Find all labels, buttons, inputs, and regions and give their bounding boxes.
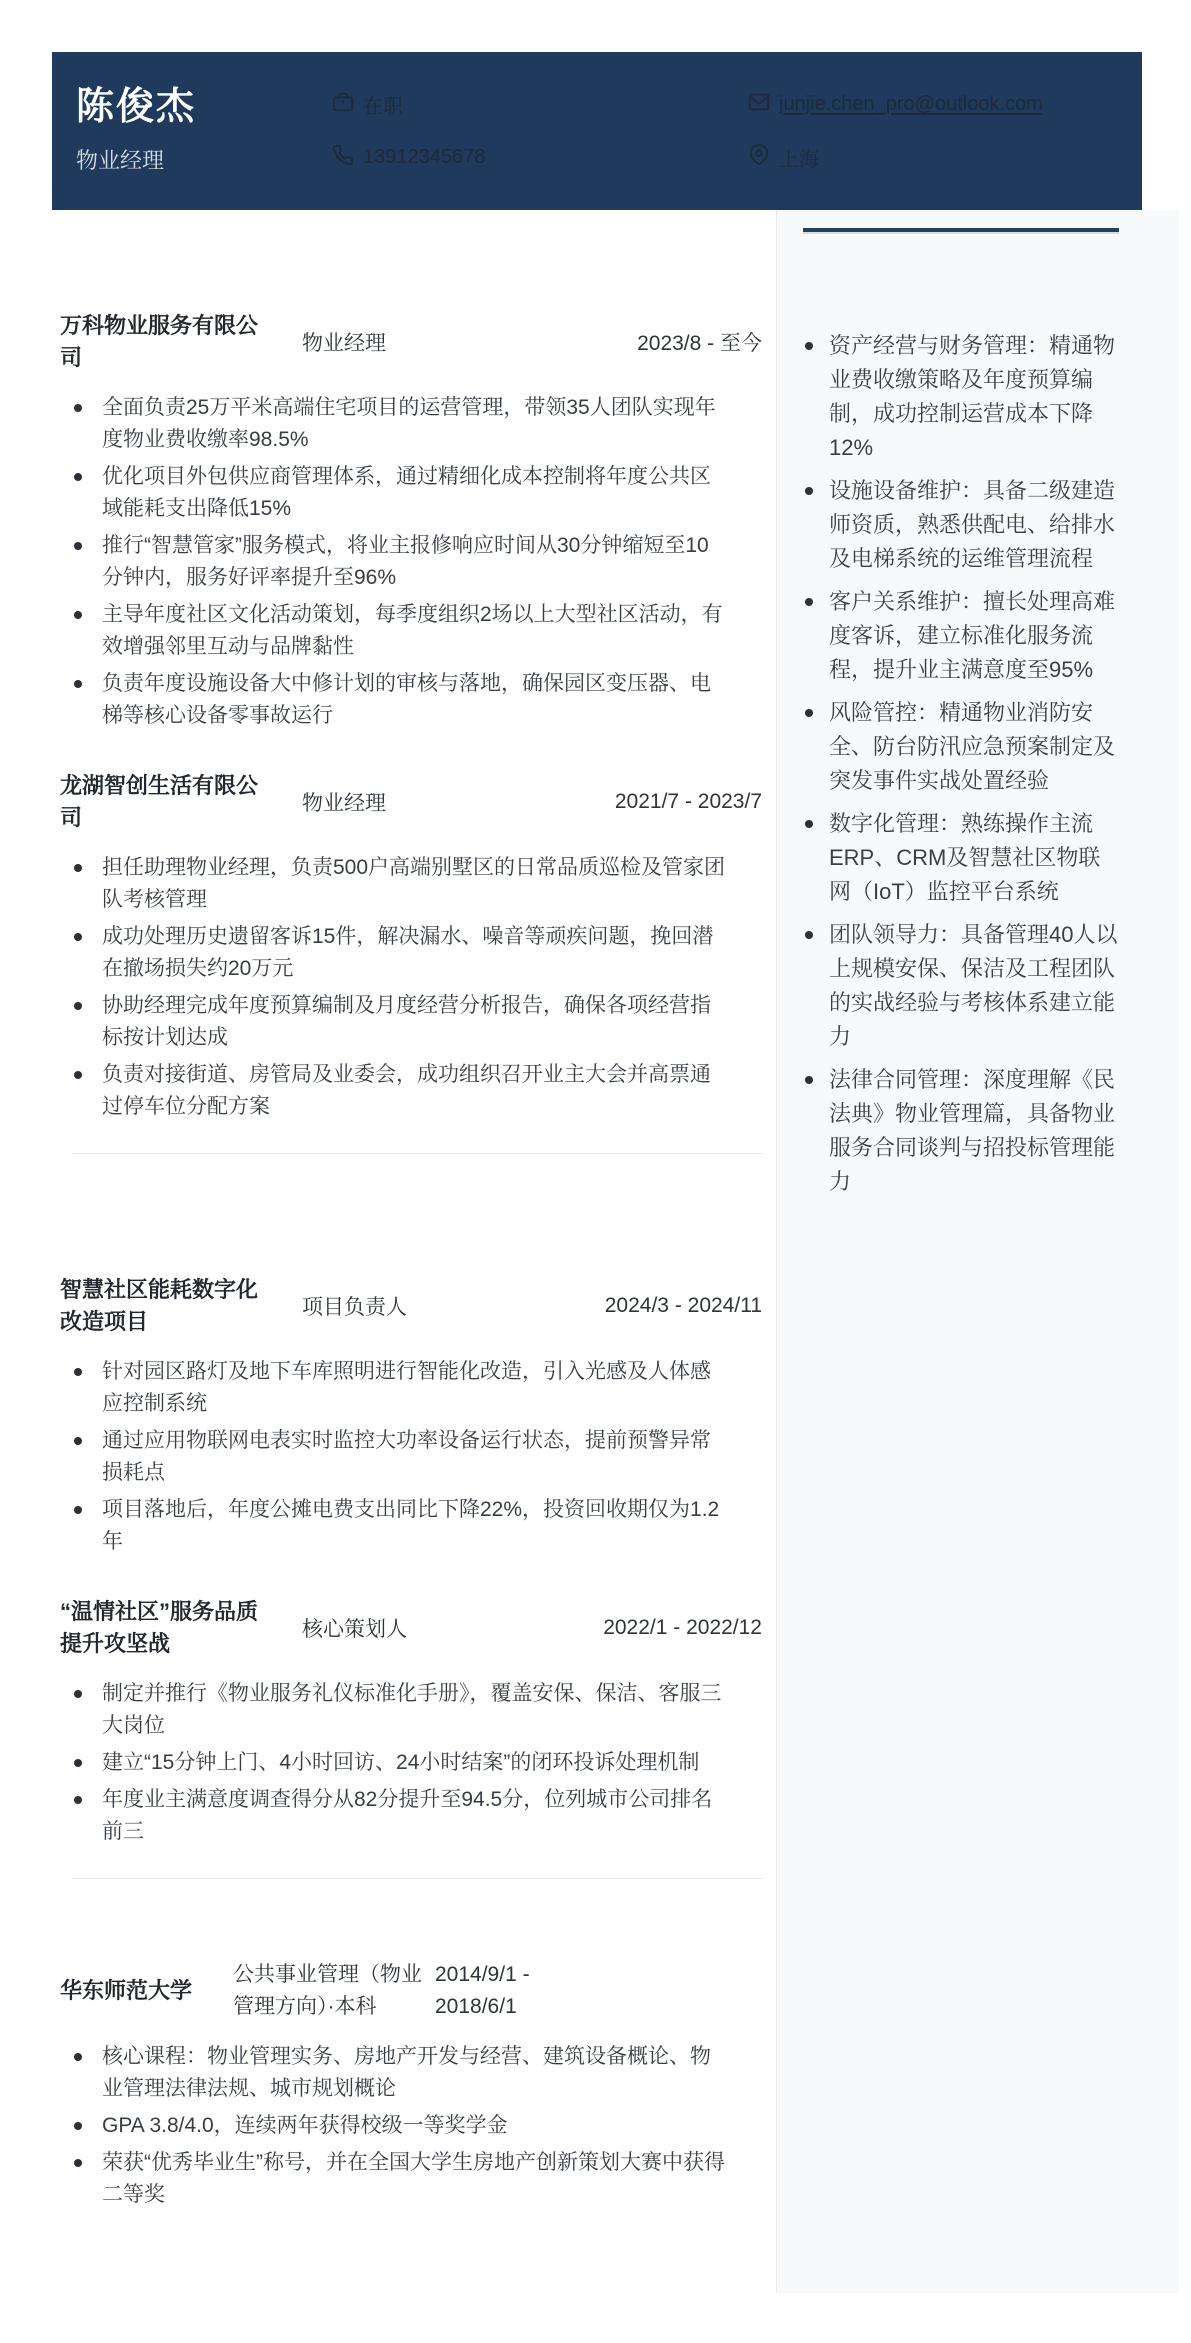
company-name: 龙湖智创生活有限公司 — [60, 770, 260, 834]
major-degree: 公共事业管理（物业管理方向）·本科 — [233, 1959, 423, 2023]
entry-header: “温情社区”服务品质提升攻坚战 核心策划人 2022/1 - 2022/12 — [60, 1596, 762, 1660]
bullet-item: 针对园区路灯及地下车库照明进行智能化改造，引入光感及人体感应控制系统 — [60, 1356, 762, 1420]
skill-item: 团队领导力：具备管理40人以上规模安保、保洁及工程团队的实战经验与考核体系建立能… — [803, 918, 1119, 1054]
location-item: 上海 — [748, 143, 1118, 172]
bullet-item: 负责年度设施设备大中修计划的审核与落地，确保园区变压器、电梯等核心设备零事故运行 — [60, 668, 762, 732]
bullet-list: 制定并推行《物业服务礼仪标准化手册》，覆盖安保、保洁、客服三大岗位 建立“15分… — [60, 1678, 762, 1848]
experience-entry: 龙湖智创生活有限公司 物业经理 2021/7 - 2023/7 担任助理物业经理… — [60, 770, 762, 1123]
bullet-item: 成功处理历史遗留客诉15件，解决漏水、噪音等顽疾问题，挽回潜在撤场损失约20万元 — [60, 921, 762, 985]
bullet-item: 核心课程：物业管理实务、房地产开发与经营、建筑设备概论、物业管理法律法规、城市规… — [60, 2041, 762, 2105]
entry-header: 龙湖智创生活有限公司 物业经理 2021/7 - 2023/7 — [60, 770, 762, 834]
date-range: 2023/8 - 至今 — [637, 327, 762, 357]
school-name: 华东师范大学 — [60, 1975, 233, 2007]
job-title: 物业经理 — [302, 327, 386, 357]
entry-header: 万科物业服务有限公司 物业经理 2023/8 - 至今 — [60, 310, 762, 374]
skill-item: 法律合同管理：深度理解《民法典》物业管理篇，具备物业服务合同谈判与招投标管理能力 — [803, 1063, 1119, 1199]
bullet-item: 全面负责25万平米高端住宅项目的运营管理，带领35人团队实现年度物业费收缴率98… — [60, 392, 762, 456]
candidate-title: 物业经理 — [76, 144, 332, 175]
date-range: 2024/3 - 2024/11 — [605, 1294, 762, 1318]
projects-section: 智慧社区能耗数字化改造项目 项目负责人 2024/3 - 2024/11 针对园… — [60, 1274, 762, 1848]
bullet-item: 优化项目外包供应商管理体系，通过精细化成本控制将年度公共区域能耗支出降低15% — [60, 461, 762, 525]
project-entry: “温情社区”服务品质提升攻坚战 核心策划人 2022/1 - 2022/12 制… — [60, 1596, 762, 1848]
skill-item: 设施设备维护：具备二级建造师资质，熟悉供配电、给排水及电梯系统的运维管理流程 — [803, 474, 1119, 576]
skill-item: 客户关系维护：擅长处理高难度客诉，建立标准化服务流程，提升业主满意度至95% — [803, 585, 1119, 687]
bullet-item: 主导年度社区文化活动策划，每季度组织2场以上大型社区活动，有效增强邻里互动与品牌… — [60, 599, 762, 663]
bullet-item: 推行“智慧管家”服务模式，将业主报修响应时间从30分钟缩短至10分钟内，服务好评… — [60, 530, 762, 594]
main-content: 万科物业服务有限公司 物业经理 2023/8 - 至今 全面负责25万平米高端住… — [52, 210, 776, 2293]
bullet-item: 制定并推行《物业服务礼仪标准化手册》，覆盖安保、保洁、客服三大岗位 — [60, 1678, 762, 1742]
company-name: 万科物业服务有限公司 — [60, 310, 260, 374]
email-link[interactable]: junjie.chen_pro@outlook.com — [779, 93, 1043, 116]
email-item: junjie.chen_pro@outlook.com — [748, 91, 1118, 119]
resume-card: 陈俊杰 物业经理 在职 junjie.chen_pro@outlook.com — [52, 52, 1142, 2293]
entry-header: 华东师范大学 公共事业管理（物业管理方向）·本科 2014/9/1 - 2018… — [60, 1959, 762, 2023]
sidebar-accent-rule — [803, 228, 1119, 234]
mail-icon — [748, 91, 770, 119]
sidebar: 资产经营与财务管理：精通物业费收缴策略及年度预算编制，成功控制运营成本下降12%… — [776, 210, 1179, 2293]
project-role: 核心策划人 — [302, 1613, 407, 1643]
resume-header: 陈俊杰 物业经理 在职 junjie.chen_pro@outlook.com — [52, 52, 1142, 210]
bullet-list: 核心课程：物业管理实务、房地产开发与经营、建筑设备概论、物业管理法律法规、城市规… — [60, 2041, 762, 2211]
education-entry: 华东师范大学 公共事业管理（物业管理方向）·本科 2014/9/1 - 2018… — [60, 1959, 762, 2211]
date-range: 2022/1 - 2022/12 — [603, 1616, 762, 1640]
date-range: 2014/9/1 - 2018/6/1 — [435, 1959, 557, 2023]
bullet-item: 年度业主满意度调查得分从82分提升至94.5分，位列城市公司排名前三 — [60, 1784, 762, 1848]
bullet-list: 全面负责25万平米高端住宅项目的运营管理，带领35人团队实现年度物业费收缴率98… — [60, 392, 762, 732]
phone-item: 13912345678 — [332, 144, 748, 172]
employment-status-label: 在职 — [363, 90, 403, 119]
phone-icon — [332, 144, 354, 172]
experience-entry: 万科物业服务有限公司 物业经理 2023/8 - 至今 全面负责25万平米高端住… — [60, 310, 762, 732]
candidate-name: 陈俊杰 — [76, 87, 332, 129]
body-columns: 万科物业服务有限公司 物业经理 2023/8 - 至今 全面负责25万平米高端住… — [52, 210, 1142, 2293]
project-entry: 智慧社区能耗数字化改造项目 项目负责人 2024/3 - 2024/11 针对园… — [60, 1274, 762, 1558]
phone-label: 13912345678 — [363, 146, 485, 169]
employment-status-item: 在职 — [332, 90, 748, 119]
date-range: 2021/7 - 2023/7 — [615, 790, 762, 814]
experience-section: 万科物业服务有限公司 物业经理 2023/8 - 至今 全面负责25万平米高端住… — [60, 310, 762, 1123]
skill-item: 风险管控：精通物业消防安全、防台防汛应急预案制定及突发事件实战处置经验 — [803, 696, 1119, 798]
project-name: 智慧社区能耗数字化改造项目 — [60, 1274, 260, 1338]
bullet-item: 担任助理物业经理，负责500户高端别墅区的日常品质巡检及管家团队考核管理 — [60, 852, 762, 916]
bullet-item: 通过应用物联网电表实时监控大功率设备运行状态，提前预警异常损耗点 — [60, 1425, 762, 1489]
section-divider — [72, 1878, 764, 1879]
skill-item: 数字化管理：熟练操作主流ERP、CRM及智慧社区物联网（IoT）监控平台系统 — [803, 807, 1119, 909]
section-divider — [72, 1153, 764, 1154]
identity-block: 陈俊杰 物业经理 — [76, 87, 332, 175]
job-title: 物业经理 — [302, 787, 386, 817]
project-role: 项目负责人 — [302, 1291, 407, 1321]
bullet-item: 协助经理完成年度预算编制及月度经营分析报告，确保各项经营指标按计划达成 — [60, 990, 762, 1054]
bullet-item: 项目落地后，年度公摊电费支出同比下降22%，投资回收期仅为1.2年 — [60, 1494, 762, 1558]
contact-grid: 在职 junjie.chen_pro@outlook.com 139123456… — [332, 90, 1118, 172]
bullet-list: 针对园区路灯及地下车库照明进行智能化改造，引入光感及人体感应控制系统 通过应用物… — [60, 1356, 762, 1558]
bullet-item: 建立“15分钟上门、4小时回访、24小时结案”的闭环投诉处理机制 — [60, 1747, 762, 1779]
education-section: 华东师范大学 公共事业管理（物业管理方向）·本科 2014/9/1 - 2018… — [60, 1959, 762, 2211]
skill-item: 资产经营与财务管理：精通物业费收缴策略及年度预算编制，成功控制运营成本下降12% — [803, 329, 1119, 465]
briefcase-icon — [332, 91, 354, 119]
resume-page: 陈俊杰 物业经理 在职 junjie.chen_pro@outlook.com — [0, 0, 1191, 2343]
location-pin-icon — [748, 144, 770, 172]
project-name: “温情社区”服务品质提升攻坚战 — [60, 1596, 260, 1660]
bullet-list: 担任助理物业经理，负责500户高端别墅区的日常品质巡检及管家团队考核管理 成功处… — [60, 852, 762, 1123]
location-label: 上海 — [779, 143, 819, 172]
entry-header: 智慧社区能耗数字化改造项目 项目负责人 2024/3 - 2024/11 — [60, 1274, 762, 1338]
bullet-item: 荣获“优秀毕业生”称号，并在全国大学生房地产创新策划大赛中获得二等奖 — [60, 2147, 762, 2211]
skills-list: 资产经营与财务管理：精通物业费收缴策略及年度预算编制，成功控制运营成本下降12%… — [803, 329, 1119, 1199]
bullet-item: GPA 3.8/4.0，连续两年获得校级一等奖学金 — [60, 2110, 762, 2142]
bullet-item: 负责对接街道、房管局及业委会，成功组织召开业主大会并高票通过停车位分配方案 — [60, 1059, 762, 1123]
